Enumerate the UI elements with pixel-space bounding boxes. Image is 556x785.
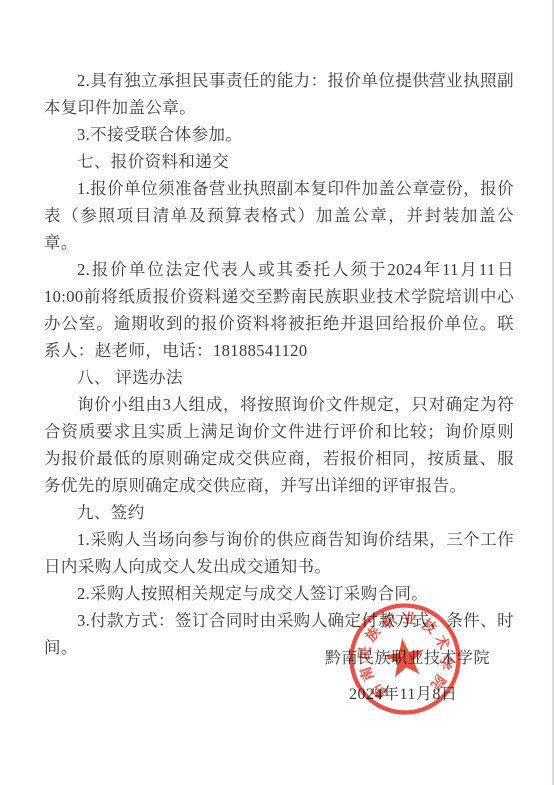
paragraph: 1.报价单位须准备营业执照副本复印件加盖公章壹份，报价表（参照项目清单及预算表格…	[44, 175, 514, 256]
svg-text:院: 院	[427, 672, 449, 693]
official-seal: 黔 南 民 族 职 业 技 术 学 院	[344, 598, 466, 720]
paragraph: 询价小组由3人组成，将按照询价文件规定，只对确定为符合资质要求且实质上满足询价文…	[44, 391, 514, 499]
paragraph: 3.不接受联合体参加。	[44, 121, 514, 148]
page-edge-line	[552, 0, 554, 785]
document-page: { "doc": { "text_color": "#3a3a3a", "par…	[0, 0, 556, 785]
official-seal-graphic: 黔 南 民 族 职 业 技 术 学 院	[344, 598, 466, 720]
svg-text:业: 业	[402, 611, 418, 629]
svg-text:术: 术	[431, 632, 453, 653]
svg-text:族: 族	[362, 623, 384, 644]
svg-text:南: 南	[357, 664, 378, 683]
section-heading-7: 七、报价资料和递交	[44, 148, 514, 175]
paragraph: 1.采购人当场向参与询价的供应商告知询价结果，三个工作日内采购人向成交人发出成交…	[44, 526, 514, 580]
section-heading-9: 九、签约	[44, 499, 514, 526]
paragraph: 2.具有独立承担民事责任的能力：报价单位提供营业执照副本复印件加盖公章。	[44, 67, 514, 121]
paragraph: 2.报价单位法定代表人或其委托人须于2024年11月11日10:00前将纸质报价…	[44, 256, 514, 364]
svg-text:学: 学	[436, 655, 454, 671]
svg-text:职: 职	[380, 611, 400, 632]
document-text: 2.具有独立承担民事责任的能力：报价单位提供营业执照副本复印件加盖公章。 3.不…	[44, 67, 514, 661]
seal-star-icon	[382, 635, 427, 678]
section-heading-8: 八、 评选办法	[44, 364, 514, 391]
svg-text:民: 民	[356, 645, 374, 661]
